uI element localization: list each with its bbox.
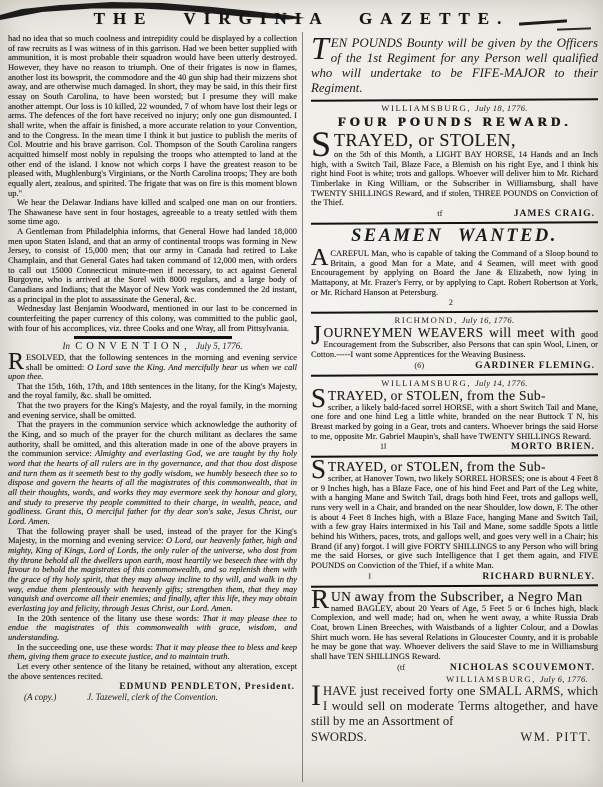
news-paragraph: We hear the Delawar Indians have killed … bbox=[8, 198, 297, 227]
ad-signature-row: (tf NICHOLAS SCOUVEMONT. bbox=[311, 662, 598, 673]
dateline-place: WILLIAMSBURG, bbox=[381, 103, 471, 113]
masthead-title: THE VIRGINIA GAZETTE. bbox=[0, 9, 603, 29]
ad-signature: NICHOLAS SCOUVEMONT. bbox=[450, 662, 595, 673]
ad-display-line: TRAYED, or STOLEN, from the Sub- bbox=[328, 459, 546, 474]
convention-paragraph: That the following prayer shall be used,… bbox=[8, 527, 297, 614]
convention-paragraph: Let every other sentence of the litany b… bbox=[8, 662, 297, 681]
paragraph-italic-text: O Lord, our heavenly father, high and mi… bbox=[8, 535, 297, 613]
newspaper-page: THE VIRGINIA GAZETTE. had no idea that s… bbox=[0, 0, 603, 787]
ad-text: on the 5th of this Month, a LIGHT BAY HO… bbox=[311, 149, 598, 207]
dateline: WILLIAMSBURG, July 14, 1776. bbox=[311, 378, 598, 388]
ad-signature-row: 1‖ MORTO BRIEN. bbox=[311, 441, 598, 452]
printers-mark: (6) bbox=[414, 360, 424, 370]
ad-signature: GARDINER FLEMING. bbox=[475, 360, 595, 371]
ad-signature-row: tf JAMES CRAIG. bbox=[311, 208, 598, 219]
ad-signature-row: ‖ RICHARD BURNLEY. bbox=[311, 571, 598, 582]
ad-display-line: UN away from the Subscriber, a Negro Man bbox=[331, 589, 582, 604]
printers-mark: 1‖ bbox=[380, 441, 387, 451]
dateline-date: July 18, 1776. bbox=[475, 103, 528, 113]
convention-paragraph: In the 20th sentence of the litany use t… bbox=[8, 614, 297, 643]
ad-small-arms: IHAVE just received forty one SMALL ARMS… bbox=[311, 684, 598, 730]
clerk-signature: J. Tazewell, clerk of the Convention. bbox=[87, 692, 218, 702]
ad-text: scriber, a likely bald-faced sorrel HORS… bbox=[311, 402, 598, 441]
convention-paragraph: That the prayers in the communion servic… bbox=[8, 420, 297, 526]
convention-paragraph: That the 15th, 16th, 17th, and 18th sent… bbox=[8, 382, 297, 401]
convention-heading: In CONVENTION, July 5, 1776. bbox=[8, 341, 297, 352]
ad-strayed-sorrel-horse: STRAYED, or STOLEN, from the Sub- scribe… bbox=[311, 388, 598, 442]
printers-mark: 2 bbox=[449, 297, 453, 307]
dateline-date: July 6, 1776. bbox=[540, 674, 588, 684]
ad-seamen-wanted: ACAREFUL Man, who is capable of taking t… bbox=[311, 249, 598, 297]
drop-cap: A bbox=[311, 249, 330, 268]
ad-divider-rule bbox=[311, 98, 598, 102]
reward-heading: FOUR POUNDS REWARD. bbox=[311, 114, 598, 130]
ad-text-tail: SWORDS. bbox=[311, 730, 367, 745]
ad-signature-row: (6) GARDINER FLEMING. bbox=[311, 360, 598, 371]
convention-paragraph: RESOLVED, that the following sentences i… bbox=[8, 353, 297, 382]
dateline-place: RICHMOND, bbox=[395, 315, 458, 325]
ad-runaway-notice: RUN away from the Subscriber, a Negro Ma… bbox=[311, 589, 598, 662]
ad-signature-row: SWORDS. WM. PITT. bbox=[311, 730, 598, 745]
ad-seamen-heading: SEAMEN WANTED. bbox=[311, 226, 598, 247]
drop-cap: S bbox=[311, 388, 328, 409]
dateline-date: July 14, 1776. bbox=[475, 378, 528, 388]
paragraph-text: In the 20th sentence of the litany use t… bbox=[17, 613, 203, 623]
ad-display-rest: will meet with bbox=[484, 325, 582, 340]
drop-cap: R bbox=[311, 589, 331, 610]
ad-text: CAREFUL Man, who is capable of taking th… bbox=[311, 248, 598, 297]
ad-signature: RICHARD BURNLEY. bbox=[482, 571, 595, 582]
drop-cap: S bbox=[311, 130, 334, 158]
ad-divider-rule bbox=[311, 310, 598, 314]
clerk-signature-row: (A copy.) J. Tazewell, clerk of the Conv… bbox=[8, 692, 297, 705]
ad-text: EN POUNDS Bounty will be given by the Of… bbox=[311, 36, 598, 95]
dateline: WILLIAMSBURG, July 6, 1776. bbox=[311, 674, 598, 684]
drop-cap: R bbox=[8, 353, 26, 372]
ad-divider-rule bbox=[311, 373, 598, 377]
printers-mark: ‖ bbox=[368, 571, 370, 581]
dateline-date: July 16, 1776. bbox=[462, 315, 515, 325]
paragraph-text: Let every other sentence of the litany b… bbox=[8, 661, 297, 681]
dateline-place: WILLIAMSBURG, bbox=[446, 674, 536, 684]
ad-text: HAVE just received forty one SMALL ARMS,… bbox=[311, 684, 598, 729]
news-paragraph: had no idea that so much coolness and in… bbox=[8, 34, 297, 198]
section-divider-rule bbox=[74, 336, 232, 339]
president-signature: EDMUND PENDLETON, President. bbox=[8, 682, 297, 692]
ad-display-line: OURNEYMEN WEAVERS bbox=[324, 325, 484, 340]
ad-signature: WM. PITT. bbox=[520, 730, 592, 745]
ad-display-line: TRAYED, or STOLEN, from the Sub- bbox=[328, 388, 546, 403]
dateline: RICHMOND, July 16, 1776. bbox=[311, 315, 598, 325]
ad-journeymen-weavers: JOURNEYMEN WEAVERS will meet with good E… bbox=[311, 325, 598, 359]
ad-text: named BAGLEY, about 20 Years of Age, 5 F… bbox=[311, 603, 598, 661]
ad-fife-major: TEN POUNDS Bounty will be given by the O… bbox=[311, 36, 598, 96]
dateline: WILLIAMSBURG, July 18, 1776. bbox=[311, 103, 598, 113]
ad-text: scriber, at Hanover Town, two likely SOR… bbox=[311, 473, 598, 570]
news-paragraph: Wednesday last Benjamin Woodward, mentio… bbox=[8, 304, 297, 333]
convention-heading-prefix: In bbox=[63, 341, 71, 351]
ad-signature-row: 2 bbox=[311, 297, 598, 308]
drop-cap: I bbox=[311, 684, 323, 708]
printers-mark: (tf bbox=[397, 662, 405, 672]
printers-mark: tf bbox=[437, 208, 442, 218]
ad-strayed-bay-horse: STRAYED, or STOLEN, on the 5th of this M… bbox=[311, 130, 598, 208]
ad-strayed-two-horses: STRAYED, or STOLEN, from the Sub- scribe… bbox=[311, 459, 598, 571]
ad-signature: MORTO BRIEN. bbox=[511, 441, 595, 452]
column-divider-rule bbox=[302, 32, 303, 782]
paragraph-italic-text: Almighty and everlasting God, we are tau… bbox=[8, 448, 297, 526]
ad-divider-rule bbox=[311, 454, 598, 458]
paragraph-text: That the 15th, 16th, 17th, and 18th sent… bbox=[8, 381, 297, 401]
dateline-place: WILLIAMSBURG, bbox=[381, 378, 471, 388]
convention-heading-title: CONVENTION, bbox=[75, 341, 190, 352]
paragraph-text: In the succeeding one, use these words: bbox=[17, 642, 155, 652]
ad-signature: JAMES CRAIG. bbox=[514, 208, 595, 219]
convention-heading-date: July 5, 1776. bbox=[196, 341, 243, 351]
convention-paragraph: In the succeeding one, use these words: … bbox=[8, 643, 297, 662]
right-column: TEN POUNDS Bounty will be given by the O… bbox=[311, 36, 598, 745]
drop-cap: S bbox=[311, 459, 328, 480]
paragraph-text: That the two prayers for the King's Maje… bbox=[8, 400, 297, 420]
convention-paragraph: That the two prayers for the King's Maje… bbox=[8, 401, 297, 420]
left-column: had no idea that so much coolness and in… bbox=[8, 34, 297, 705]
drop-cap: J bbox=[311, 325, 324, 346]
copy-note: (A copy.) bbox=[24, 692, 56, 702]
ad-display-line: TRAYED, or STOLEN, bbox=[334, 130, 516, 150]
ad-divider-rule bbox=[311, 584, 598, 588]
ad-divider-rule bbox=[311, 221, 598, 225]
news-paragraph: A Gentleman from Philadelphia informs, t… bbox=[8, 227, 297, 304]
drop-cap: T bbox=[311, 36, 331, 61]
